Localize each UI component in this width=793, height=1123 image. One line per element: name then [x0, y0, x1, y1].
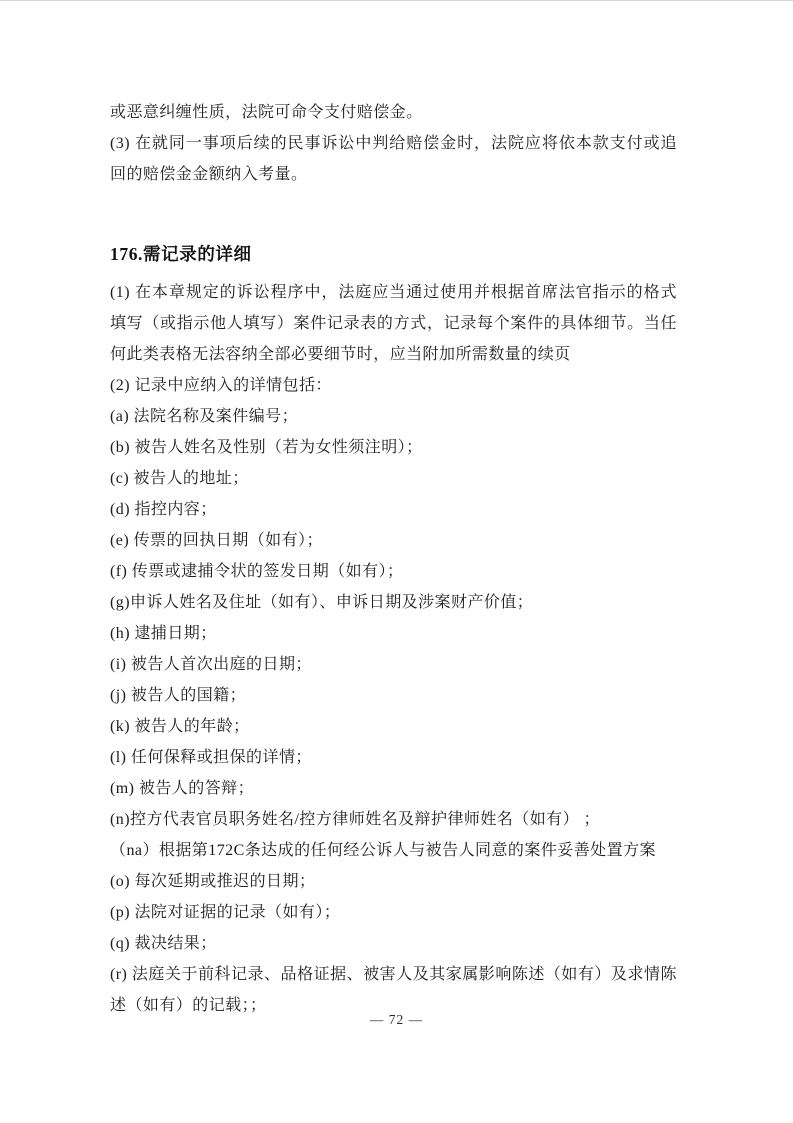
- list-item-d: (d) 指控内容；: [110, 494, 677, 525]
- list-item-o: (o) 每次延期或推迟的日期；: [110, 866, 677, 897]
- list-item-p: (p) 法院对证据的记录（如有）；: [110, 897, 677, 928]
- list-item-h: (h) 逮捕日期；: [110, 618, 677, 649]
- section-heading-176: 176.需记录的详细: [110, 239, 677, 270]
- paragraph-item-3: (3) 在就同一事项后续的民事诉讼中判给赔偿金时，法院应将依本款支付或追回的赔偿…: [110, 128, 677, 190]
- list-item-k: (k) 被告人的年龄；: [110, 711, 677, 742]
- list-item-c: (c) 被告人的地址；: [110, 463, 677, 494]
- document-page: 或恶意纠缠性质，法院可命令支付赔偿金。 (3) 在就同一事项后续的民事诉讼中判给…: [0, 0, 793, 1123]
- paragraph-1: (1) 在本章规定的诉讼程序中，法庭应当通过使用并根据首席法官指示的格式填写（或…: [110, 277, 677, 370]
- page-content: 或恶意纠缠性质，法院可命令支付赔偿金。 (3) 在就同一事项后续的民事诉讼中判给…: [110, 97, 677, 1021]
- carryover-paragraph: 或恶意纠缠性质，法院可命令支付赔偿金。: [110, 97, 677, 128]
- list-item-q: (q) 裁决结果；: [110, 928, 677, 959]
- list-item-f: (f) 传票或逮捕令状的签发日期（如有）；: [110, 556, 677, 587]
- list-item-g: (g)申诉人姓名及住址（如有）、申诉日期及涉案财产价值；: [110, 587, 677, 618]
- list-item-i: (i) 被告人首次出庭的日期；: [110, 649, 677, 680]
- list-item-b: (b) 被告人姓名及性别（若为女性须注明）；: [110, 432, 677, 463]
- list-item-l: (l) 任何保释或担保的详情；: [110, 742, 677, 773]
- paragraph-2: (2) 记录中应纳入的详情包括：: [110, 370, 677, 401]
- page-number: — 72 —: [0, 1011, 793, 1029]
- list-item-j: (j) 被告人的国籍；: [110, 680, 677, 711]
- list-item-m: (m) 被告人的答辩；: [110, 773, 677, 804]
- list-item-a: (a) 法院名称及案件编号；: [110, 401, 677, 432]
- list-item-na: （na）根据第172C条达成的任何经公诉人与被告人同意的案件妥善处置方案: [110, 835, 677, 866]
- list-item-n: (n)控方代表官员职务姓名/控方律师姓名及辩护律师姓名（如有） ；: [110, 804, 677, 835]
- list-item-e: (e) 传票的回执日期（如有）；: [110, 525, 677, 556]
